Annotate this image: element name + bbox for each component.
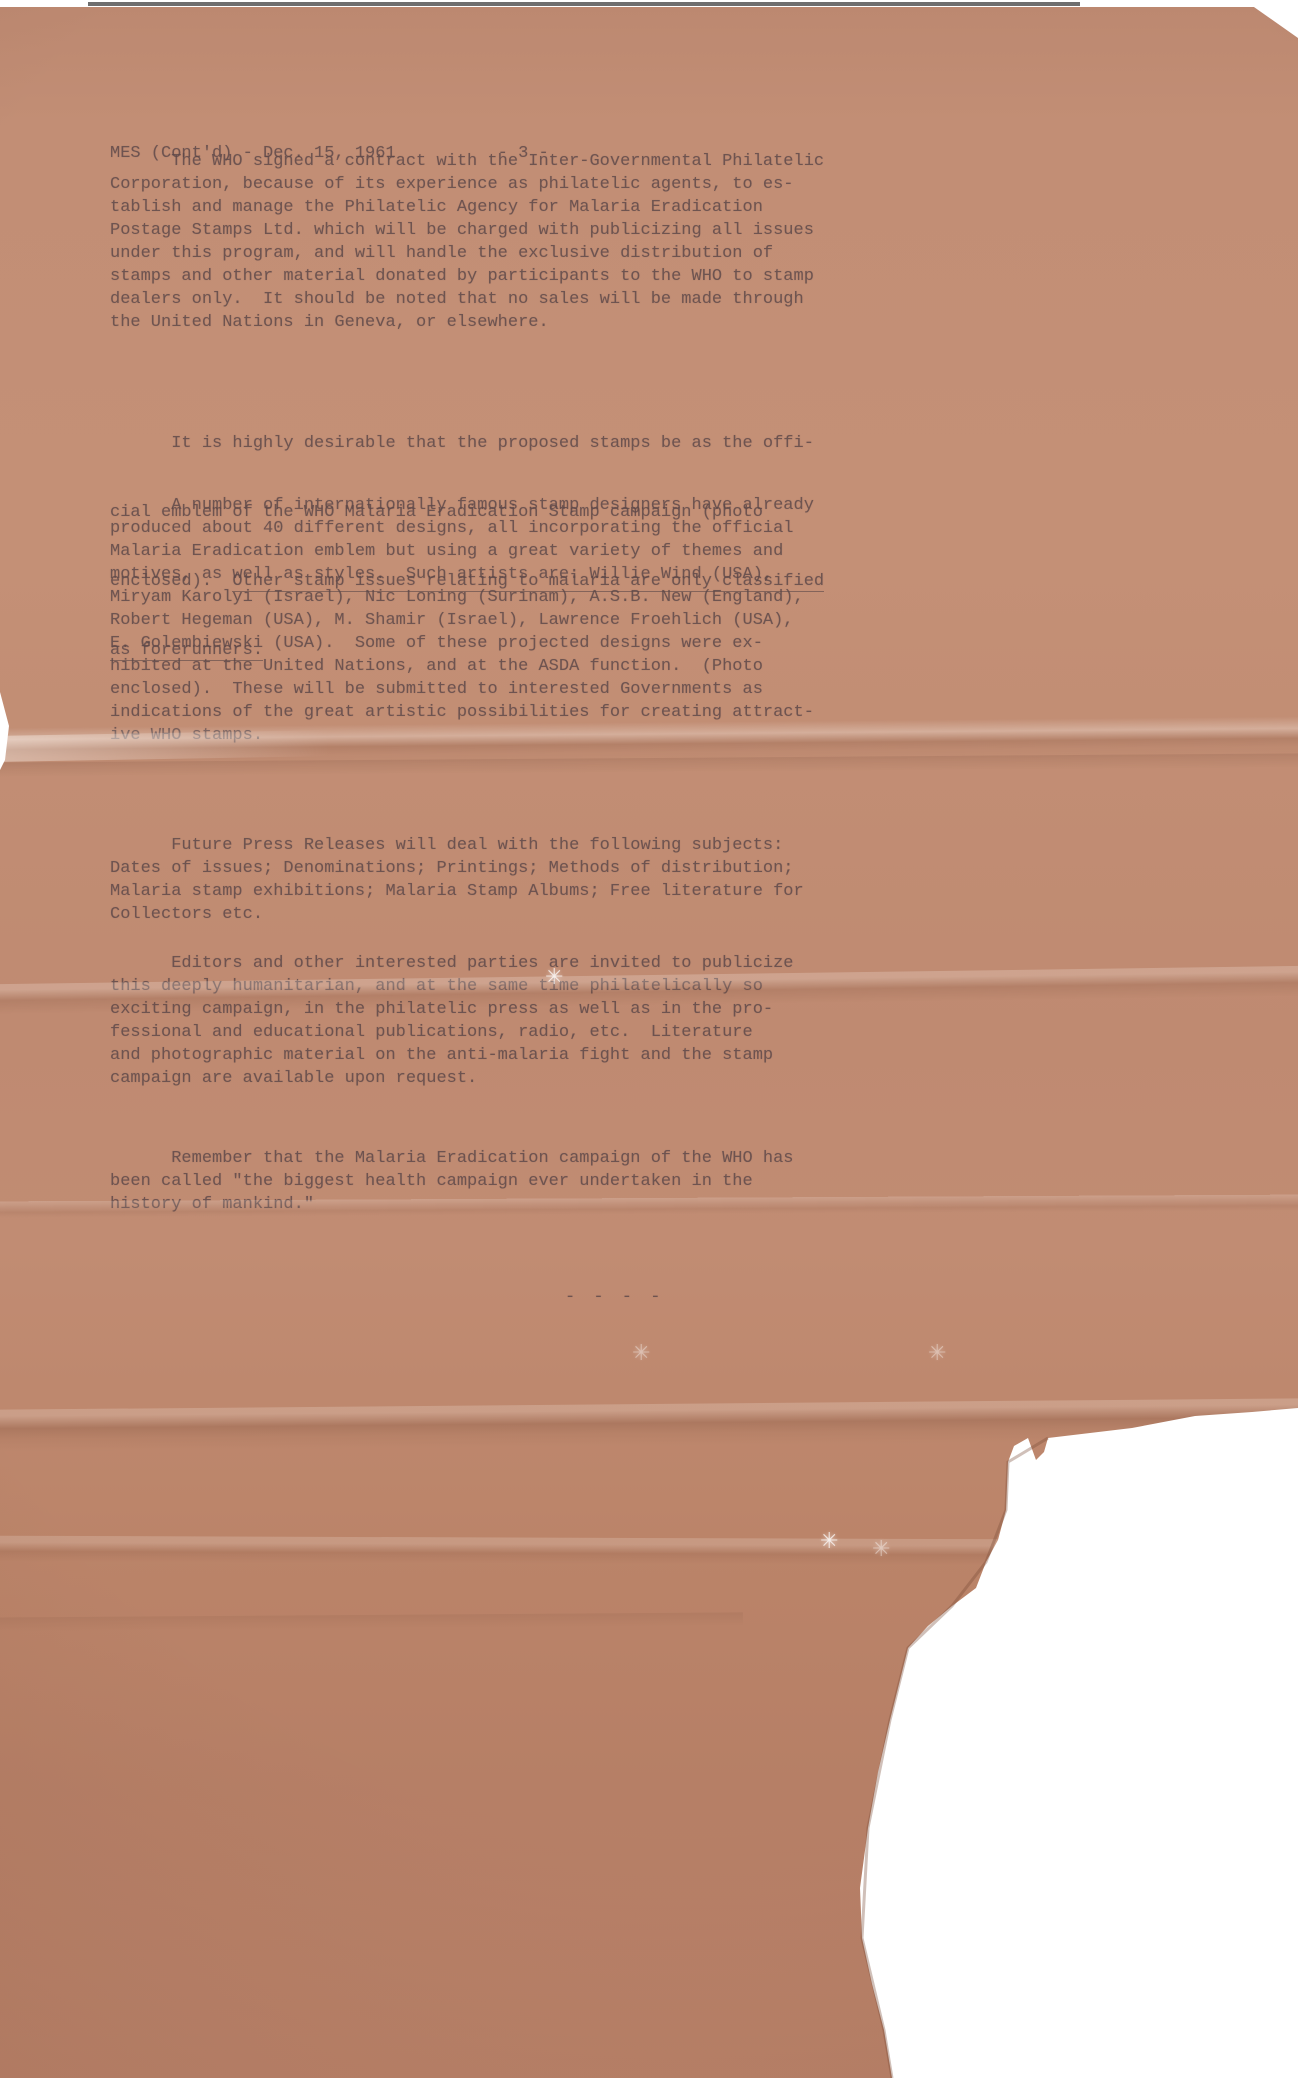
text-line: tablish and manage the Philatelic Agency… xyxy=(110,196,824,219)
text-line: The WHO signed a contract with the Inter… xyxy=(110,150,824,173)
text-line: It is highly desirable that the proposed… xyxy=(110,432,824,455)
text-line: and photographic material on the anti-ma… xyxy=(110,1044,794,1067)
separator-dashes: - - - - xyxy=(565,1240,664,1355)
text-line: enclosed). These will be submitted to in… xyxy=(110,678,814,701)
text-line: produced about 40 different designs, all… xyxy=(110,517,814,540)
text-line: Dates of issues; Denominations; Printing… xyxy=(110,857,804,880)
paragraph-designers: A number of internationally famous stamp… xyxy=(110,494,814,747)
paragraph-remember: Remember that the Malaria Eradication ca… xyxy=(110,1147,794,1216)
text-line: Malaria Eradication emblem but using a g… xyxy=(110,540,814,563)
text-line: E. Golembiewski (USA). Some of these pro… xyxy=(110,632,814,655)
text-line: Future Press Releases will deal with the… xyxy=(110,834,804,857)
paragraph-contract: The WHO signed a contract with the Inter… xyxy=(110,150,824,334)
text-line: Postage Stamps Ltd. which will be charge… xyxy=(110,219,824,242)
paragraph-future-releases: Future Press Releases will deal with the… xyxy=(110,834,804,926)
text-line: history of mankind." xyxy=(110,1193,794,1216)
text-line: Corporation, because of its experience a… xyxy=(110,173,824,196)
text-line: hibited at the United Nations, and at th… xyxy=(110,655,814,678)
text-line: campaign are available upon request. xyxy=(110,1067,794,1090)
text-line: under this program, and will handle the … xyxy=(110,242,824,265)
text-line: Robert Hegeman (USA), M. Shamir (Israel)… xyxy=(110,609,814,632)
text-line: indications of the great artistic possib… xyxy=(110,701,814,724)
text-line: A number of internationally famous stamp… xyxy=(110,494,814,517)
text-line: ive WHO stamps. xyxy=(110,724,814,747)
text-line: Collectors etc. xyxy=(110,903,804,926)
text-line: exciting campaign, in the philatelic pre… xyxy=(110,998,794,1021)
text-line: motives, as well as styles. Such artists… xyxy=(110,563,814,586)
text-line: Malaria stamp exhibitions; Malaria Stamp… xyxy=(110,880,804,903)
text-line: fessional and educational publications, … xyxy=(110,1021,794,1044)
text-line: stamps and other material donated by par… xyxy=(110,265,824,288)
text-line: the United Nations in Geneva, or elsewhe… xyxy=(110,311,824,334)
document-text: MES (Cont'd) - Dec. 15, 1961 - 3 - The W… xyxy=(110,0,930,414)
text-line: this deeply humanitarian, and at the sam… xyxy=(110,975,794,998)
text-line: Miryam Karolyi (Israel), Nic Loning (Sur… xyxy=(110,586,814,609)
text-line: Editors and other interested parties are… xyxy=(110,952,794,975)
text-line: Remember that the Malaria Eradication ca… xyxy=(110,1147,794,1170)
dash-line: - - - - xyxy=(565,1286,664,1309)
paragraph-editors: Editors and other interested parties are… xyxy=(110,952,794,1090)
scanned-document-page: MES (Cont'd) - Dec. 15, 1961 - 3 - The W… xyxy=(0,0,1298,2078)
text-line: dealers only. It should be noted that no… xyxy=(110,288,824,311)
text-line: been called "the biggest health campaign… xyxy=(110,1170,794,1193)
